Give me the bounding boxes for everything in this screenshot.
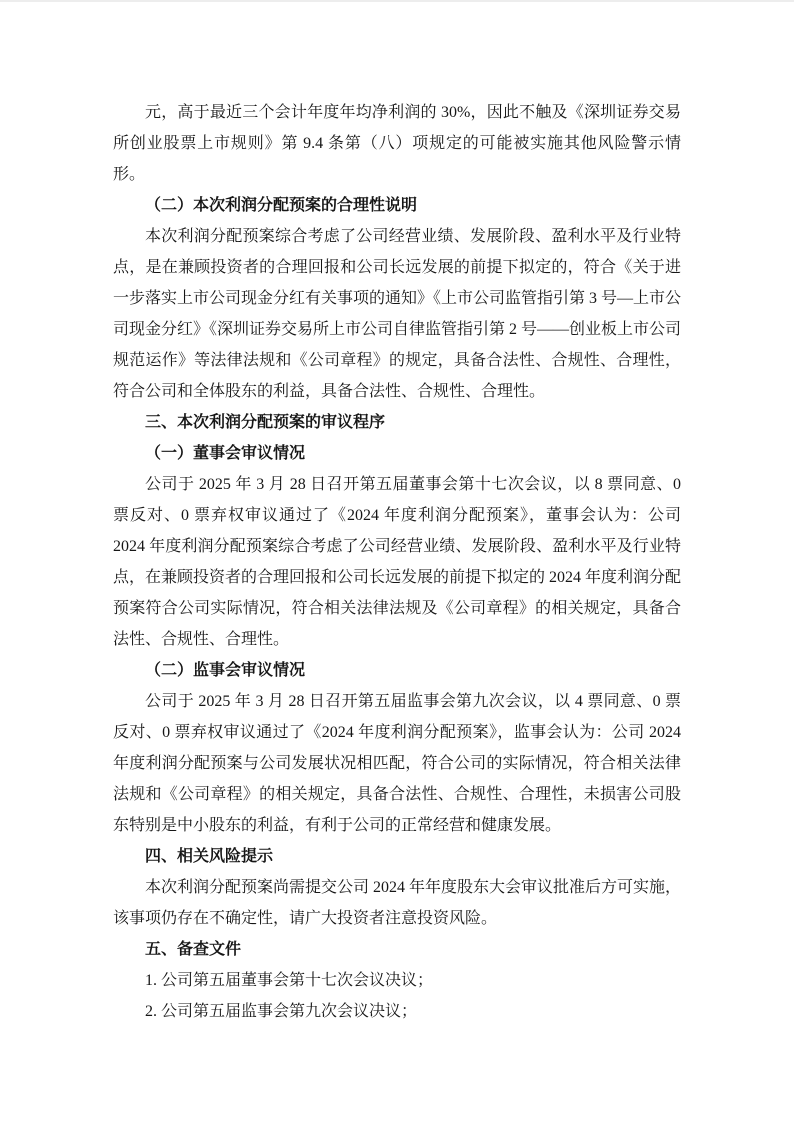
list-item-board-resolution: 1. 公司第五届董事会第十七次会议决议；	[113, 965, 681, 996]
paragraph-plan-rationality: 本次利润分配预案综合考虑了公司经营业绩、发展阶段、盈利水平及行业特点，是在兼顾投…	[113, 221, 681, 407]
section-heading-reference-documents: 五、备查文件	[113, 934, 681, 965]
document-page: 元，高于最近三个会计年度年均净利润的 30%，因此不触及《深圳证券交易所创业股票…	[0, 0, 794, 1122]
subsection-heading-plan-rationality: （二）本次利润分配预案的合理性说明	[113, 190, 681, 221]
subsection-heading-supervisory-review: （二）监事会审议情况	[113, 655, 681, 686]
paragraph-continuation-risk-warning: 元，高于最近三个会计年度年均净利润的 30%，因此不触及《深圳证券交易所创业股票…	[113, 97, 681, 190]
section-heading-review-procedure: 三、本次利润分配预案的审议程序	[113, 407, 681, 438]
page-top-edge	[0, 0, 794, 2]
section-heading-risk-notice: 四、相关风险提示	[113, 841, 681, 872]
list-item-supervisory-resolution: 2. 公司第五届监事会第九次会议决议；	[113, 996, 681, 1027]
paragraph-board-review: 公司于 2025 年 3 月 28 日召开第五届董事会第十七次会议，以 8 票同…	[113, 469, 681, 655]
subsection-heading-board-review: （一）董事会审议情况	[113, 438, 681, 469]
page-content: 元，高于最近三个会计年度年均净利润的 30%，因此不触及《深圳证券交易所创业股票…	[113, 97, 681, 1027]
paragraph-risk-notice: 本次利润分配预案尚需提交公司 2024 年年度股东大会审议批准后方可实施，该事项…	[113, 872, 681, 934]
paragraph-supervisory-review: 公司于 2025 年 3 月 28 日召开第五届监事会第九次会议，以 4 票同意…	[113, 686, 681, 841]
